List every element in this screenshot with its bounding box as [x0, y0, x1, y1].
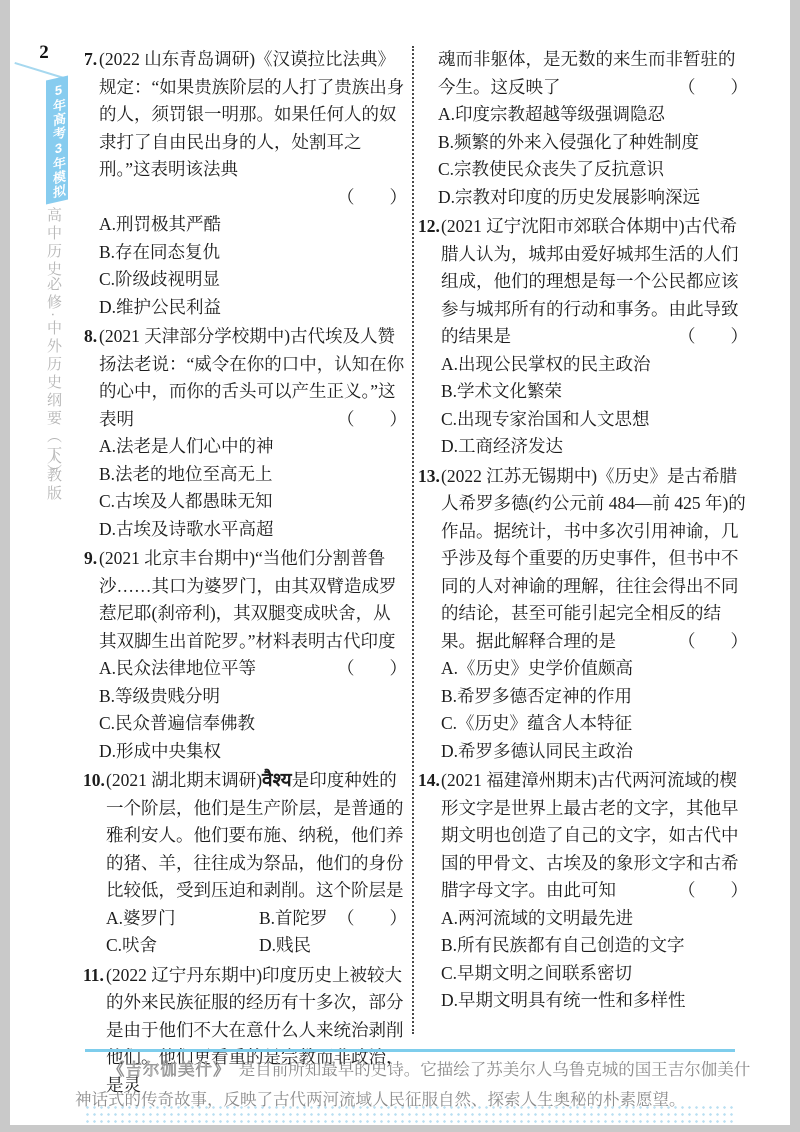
- option: C.阶级歧视明显: [99, 266, 407, 294]
- question-stem: 8.(2021 天津部分学校期中)古代埃及人赞扬法老说：“威令在你的口中，认知在…: [99, 323, 407, 433]
- option: B.学术文化繁荣: [441, 378, 748, 406]
- answer-bracket: （ ）: [678, 74, 748, 102]
- column-right: 魂而非躯体，是无数的来生而非暂驻的今生。这反映了（ ）A.印度宗教超越等级强调隐…: [410, 46, 748, 1017]
- footnote-title: 《吉尔伽美什》: [108, 1060, 222, 1079]
- option: C.出现专家治国和人文思想: [441, 406, 748, 434]
- question-number: 10.: [83, 767, 106, 795]
- question-stem: 7.(2022 山东青岛调研)《汉谟拉比法典》规定：“如果贵族阶层的人打了贵族出…: [99, 46, 407, 184]
- option: A.法老是人们心中的神: [99, 433, 407, 461]
- stem-src: (2021 天津部分学校期中): [99, 326, 290, 346]
- option: D.贱民: [259, 935, 311, 955]
- question-number: 7.: [84, 46, 99, 74]
- option: D.形成中央集权: [99, 738, 407, 766]
- option: D.宗教对印度的历史发展影响深远: [438, 184, 748, 212]
- option: D.维护公民利益: [99, 294, 407, 322]
- option: A.出现公民掌权的民主政治: [441, 351, 748, 379]
- question-stem: 魂而非躯体，是无数的来生而非暂驻的今生。这反映了（ ）: [438, 46, 748, 101]
- column-left: 7.(2022 山东青岛调研)《汉谟拉比法典》规定：“如果贵族阶层的人打了贵族出…: [75, 46, 407, 1101]
- question-stem: 9.(2021 北京丰台期中)“当他们分割普鲁沙……其口为婆罗门，由其双臂造成罗…: [99, 545, 407, 655]
- question-stem: 14.(2021 福建漳州期末)古代两河流域的楔形文字是世界上最古老的文字，其他…: [441, 767, 748, 905]
- answer-bracket: （ ）: [678, 877, 748, 905]
- question-number: 11.: [83, 962, 106, 990]
- answer-bracket: （ ）: [337, 406, 407, 434]
- stem-src: (2021 辽宁沈阳市郊联合体期中): [441, 216, 685, 236]
- question-stem: 13.(2022 江苏无锡期中)《历史》是古希腊人希罗多德(约公元前 484—前…: [441, 463, 748, 656]
- footnote-dot-pattern: [84, 1104, 736, 1125]
- question-number: 12.: [418, 213, 441, 241]
- stem-src: (2022 辽宁丹东期中): [106, 965, 262, 985]
- option-row: C.吠舍D.贱民: [106, 932, 407, 960]
- answer-bracket: （ ）: [337, 905, 407, 933]
- option: A.刑罚极其严酷: [99, 211, 407, 239]
- option: C.民众普遍信奉佛教: [99, 710, 407, 738]
- option: A.印度宗教超越等级强调隐忍: [438, 101, 748, 129]
- question: 7.(2022 山东青岛调研)《汉谟拉比法典》规定：“如果贵族阶层的人打了贵族出…: [75, 46, 407, 321]
- option: B.法老的地位至高无上: [99, 461, 407, 489]
- stem-text: 《历史》是古希腊人希罗多德(约公元前 484—前 425 年)的作品。据统计，书…: [441, 466, 746, 651]
- sidebar-subject-label: 高中历史: [43, 207, 64, 279]
- question: 10.(2021 湖北期末调研)वैश्य是印度种姓的一个阶层，他们是生产阶层，…: [75, 767, 407, 960]
- question-number: 13.: [418, 463, 441, 491]
- question-number: 8.: [84, 323, 99, 351]
- question: 12.(2021 辽宁沈阳市郊联合体期中)古代希腊人认为，城邦由爱好城邦生活的人…: [410, 213, 748, 461]
- option: C.古埃及人都愚昧无知: [99, 488, 407, 516]
- question-number: 14.: [418, 767, 441, 795]
- question: 8.(2021 天津部分学校期中)古代埃及人赞扬法老说：“威令在你的口中，认知在…: [75, 323, 407, 543]
- question: 14.(2021 福建漳州期末)古代两河流域的楔形文字是世界上最古老的文字，其他…: [410, 767, 748, 1015]
- question: 13.(2022 江苏无锡期中)《历史》是古希腊人希罗多德(约公元前 484—前…: [410, 463, 748, 766]
- stem-src: (2022 山东青岛调研): [99, 49, 255, 69]
- stem-src: (2022 江苏无锡期中): [441, 466, 597, 486]
- answer-bracket: （ ）: [99, 184, 407, 212]
- answer-bracket: （ ）: [678, 628, 748, 656]
- question: 魂而非躯体，是无数的来生而非暂驻的今生。这反映了（ ）A.印度宗教超越等级强调隐…: [410, 46, 748, 211]
- option: D.古埃及诗歌水平高超: [99, 516, 407, 544]
- question-stem: 12.(2021 辽宁沈阳市郊联合体期中)古代希腊人认为，城邦由爱好城邦生活的人…: [441, 213, 748, 351]
- answer-bracket: （ ）: [678, 323, 748, 351]
- question-stem: 10.(2021 湖北期末调研)वैश्य是印度种姓的一个阶层，他们是生产阶层，…: [106, 767, 407, 905]
- option: B.首陀罗: [259, 908, 328, 928]
- sidebar-edition-label: 人教版: [43, 449, 64, 503]
- answer-bracket: （ ）: [337, 655, 407, 683]
- footnote-rule: [85, 1049, 735, 1052]
- option: A.《历史》史学价值颇高: [441, 655, 748, 683]
- option: C.早期文明之间联系密切: [441, 960, 748, 988]
- stem-src: (2021 湖北期末调研): [106, 770, 262, 790]
- question-number: 9.: [84, 545, 99, 573]
- option: B.频繁的外来入侵强化了种姓制度: [438, 129, 748, 157]
- question: 9.(2021 北京丰台期中)“当他们分割普鲁沙……其口为婆罗门，由其双臂造成罗…: [75, 545, 407, 765]
- option: D.早期文明具有统一性和多样性: [441, 987, 748, 1015]
- option: D.工商经济发达: [441, 433, 748, 461]
- option: C.宗教使民众丧失了反抗意识: [438, 156, 748, 184]
- stem-sanskrit: वैश्य: [262, 770, 292, 791]
- option: B.所有民族都有自己创造的文字: [441, 932, 748, 960]
- option: A.婆罗门: [106, 905, 259, 933]
- series-badge-label: 5年高考3年模拟: [46, 79, 68, 202]
- stem-src: (2021 北京丰台期中): [99, 548, 255, 568]
- page-number: 2: [32, 42, 56, 64]
- option: A.两河流域的文明最先进: [441, 905, 748, 933]
- option: C.《历史》蕴含人本特征: [441, 710, 748, 738]
- option: B.存在同态复仇: [99, 239, 407, 267]
- option: D.希罗多德认同民主政治: [441, 738, 748, 766]
- option: B.等级贵贱分明: [99, 683, 407, 711]
- book-page: 2 5年高考3年模拟 高中历史 必修·中外历史纲要（下） 人教版 7.(2022…: [10, 0, 790, 1125]
- option: C.吠舍: [106, 932, 259, 960]
- stem-src: (2021 福建漳州期末): [441, 770, 597, 790]
- series-badge: 5年高考3年模拟: [46, 75, 68, 204]
- option: B.希罗多德否定神的作用: [441, 683, 748, 711]
